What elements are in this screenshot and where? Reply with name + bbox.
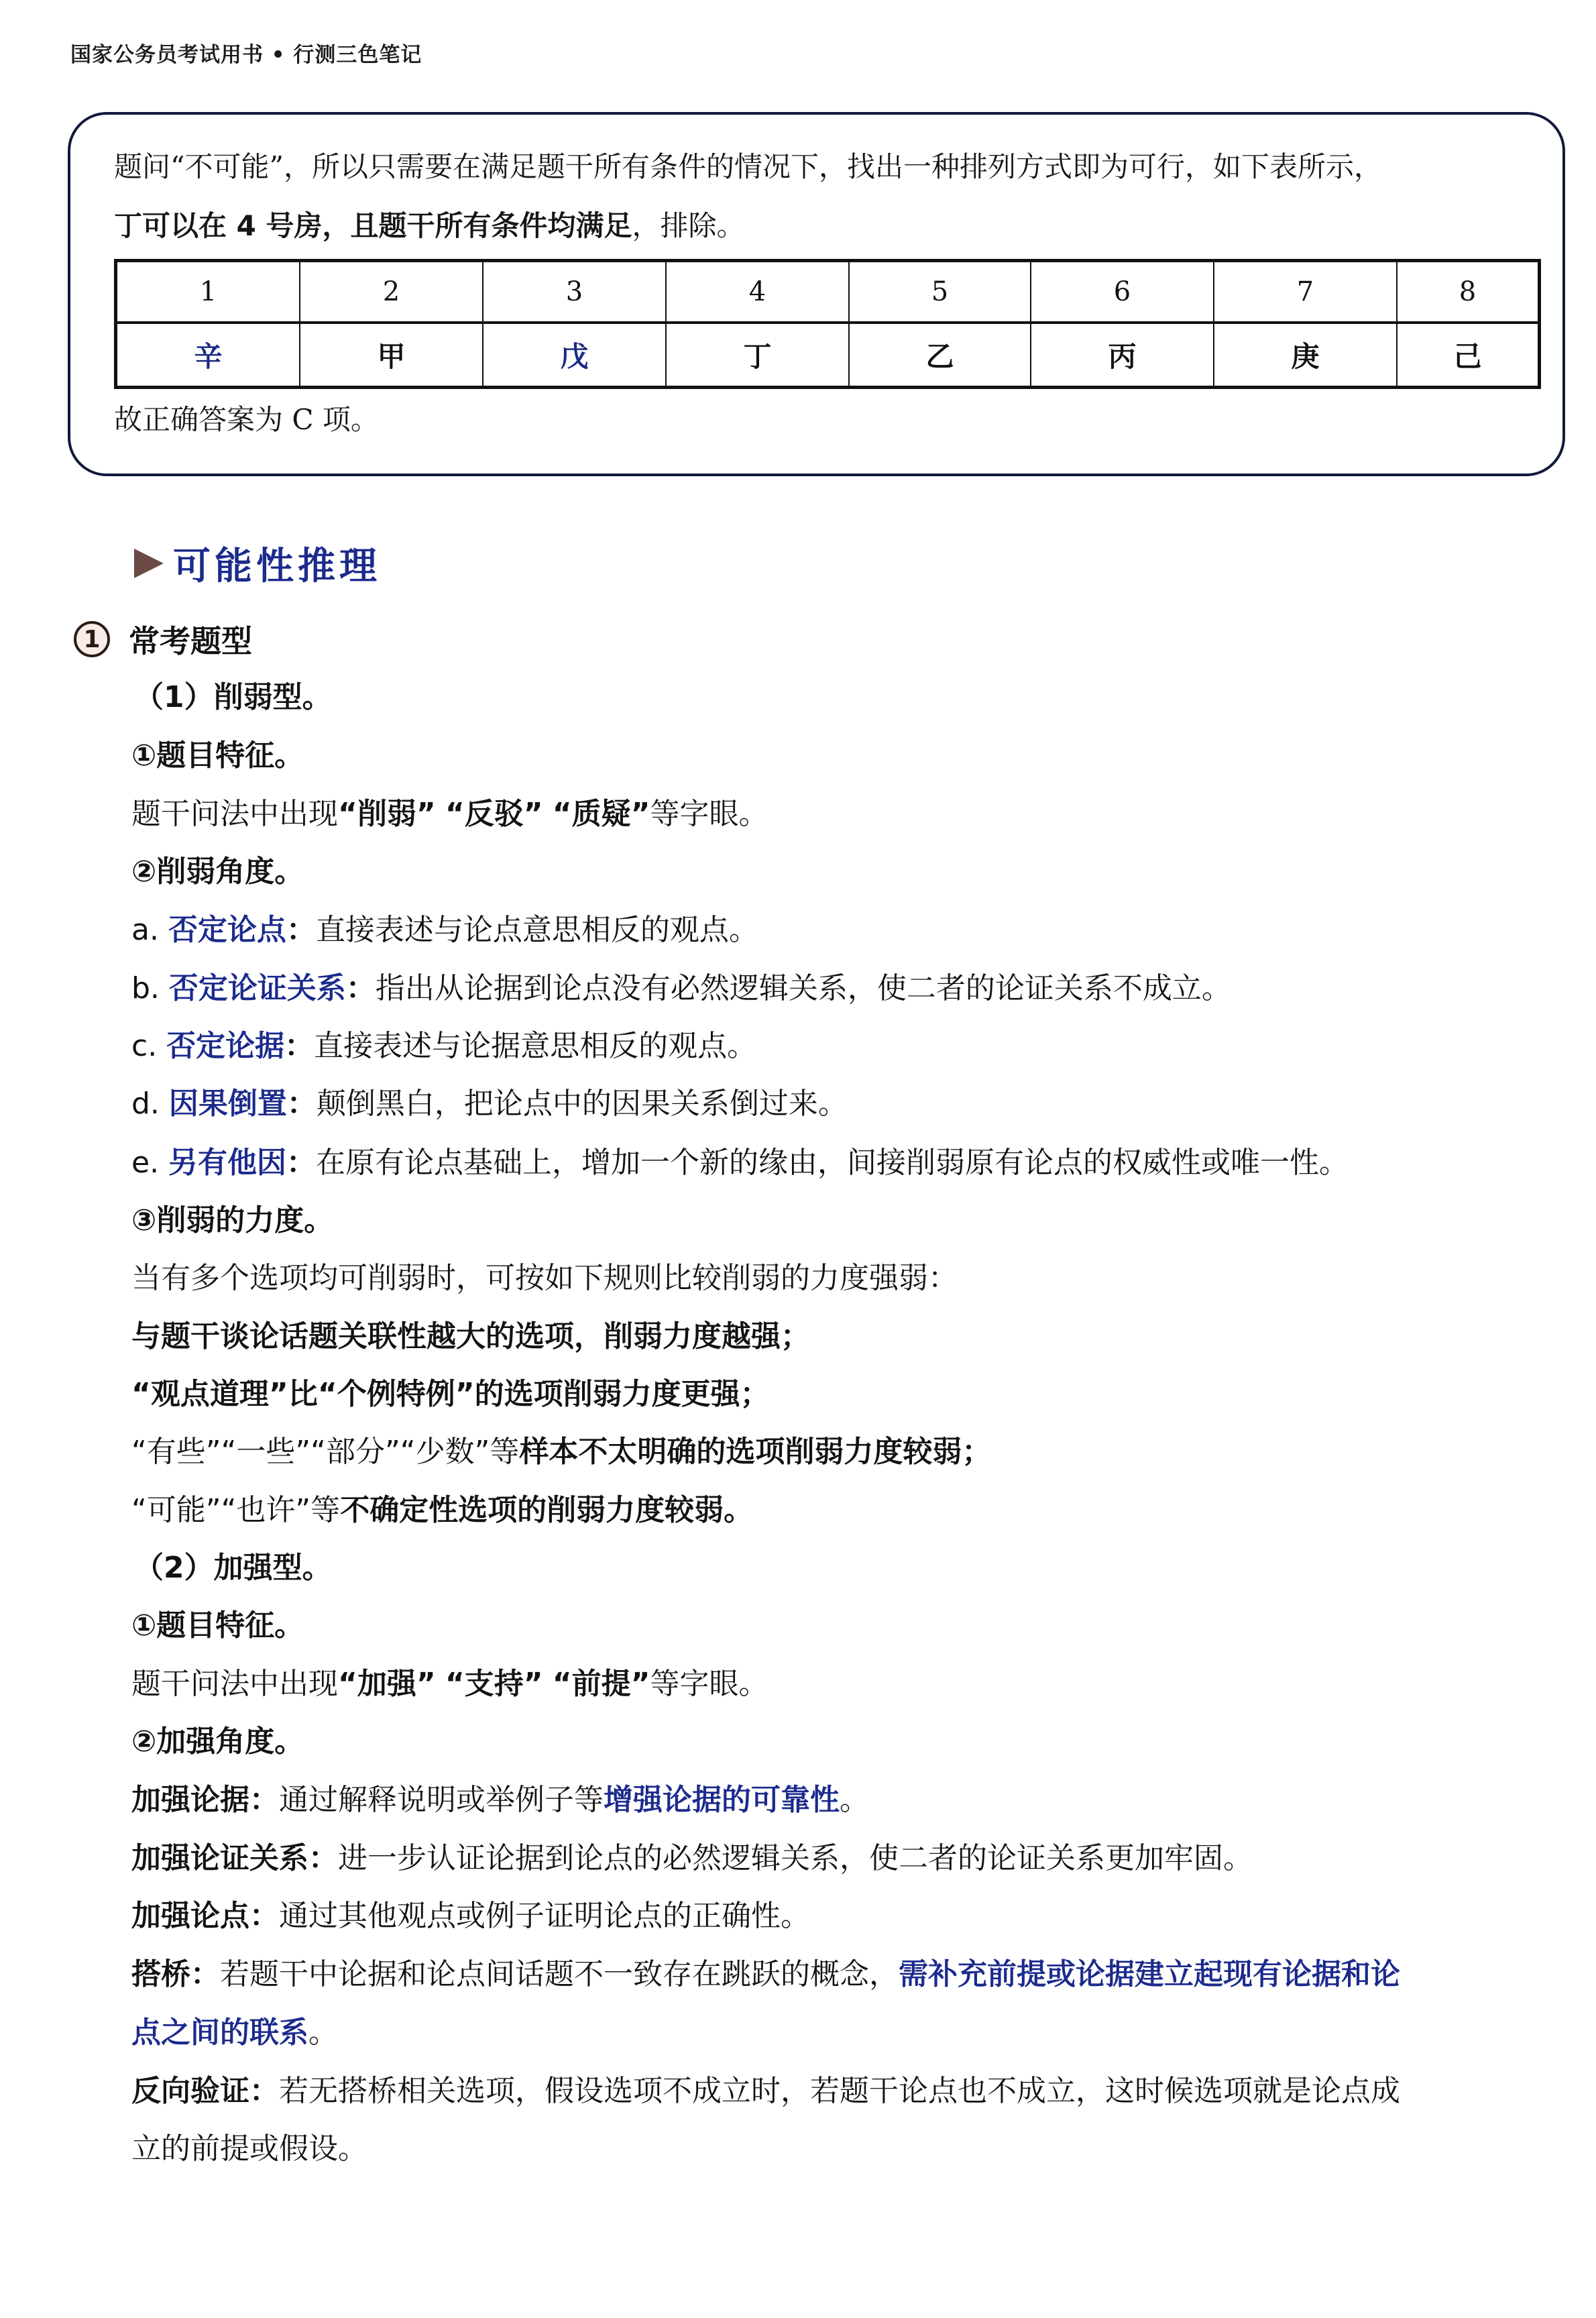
strengthen-item: 加强论据：通过解释说明或举例子等增强论据的可靠性。 [131,1780,869,1820]
weaken-heading: （1）削弱型。 [134,677,332,718]
item-desc: 通过其他观点或例子证明论点的正确性。 [279,1899,810,1933]
feature-text-pre: 题干问法中出现 [131,1667,338,1701]
rule-bold: 不确定性选项的削弱力度较弱。 [340,1493,753,1527]
feature-text-post: 等字眼。 [650,1667,768,1701]
strength-rule: “有些”“一些”“部分”“少数”等样本不太明确的选项削弱力度较弱； [131,1432,991,1472]
strength-rule: “观点道理”比“个例特例”的选项削弱力度更强； [131,1374,770,1415]
item-term: 搭桥： [131,1957,220,1991]
triangle-bullet-icon [134,549,164,578]
item-colon: ： [286,1146,316,1180]
strengthen-feature-text: 题干问法中出现“加强” “支持” “前提”等字眼。 [131,1664,768,1704]
item-term: 反向验证： [131,2074,279,2108]
item-prefix: d. [131,1087,169,1121]
position-cell: 2 [300,261,483,323]
rule-plain: “可能”“也许”等 [131,1493,340,1527]
item-term: 加强论证关系： [131,1841,338,1875]
occupant-cell: 庚 [1214,323,1397,388]
occupant-cell: 丁 [666,323,849,388]
item-colon: ： [286,913,316,947]
item-desc: 指出从论据到论点没有必然逻辑关系，使二者的论证关系不成立。 [376,971,1231,1005]
bridge-item-continued: 点之间的联系。 [131,2013,338,2053]
position-cell: 4 [666,261,849,323]
position-cell: 6 [1031,261,1214,323]
occupant-cell: 戊 [483,323,666,388]
weaken-angle-item: e. 另有他因：在原有论点基础上，增加一个新的缘由，间接削弱原有论点的权威性或唯… [131,1143,1349,1183]
occupant-cell: 甲 [300,323,483,388]
item-colon: ： [284,1029,314,1063]
keyword: “削弱” [338,797,436,831]
item-tail: 。 [308,2016,338,2050]
item-desc: 直接表述与论据意思相反的观点。 [314,1029,756,1063]
strengthen-feature-heading: ①题目特征。 [131,1606,304,1646]
reverse-check-item: 反向验证：若无搭桥相关选项，假设选项不成立时，若题干论点也不成立，这时候选项就是… [131,2071,1400,2111]
occupant-cell: 己 [1397,323,1540,388]
item-term: 因果倒置 [169,1087,287,1121]
item-term: 另有他因 [168,1146,286,1180]
strength-rule: 与题干谈论话题关联性越大的选项，削弱力度越强； [131,1317,810,1357]
strength-rule: “可能”“也许”等不确定性选项的削弱力度较弱。 [131,1490,753,1531]
item-term: 否定论点 [168,913,286,947]
strengthen-item: 加强论证关系：进一步认证论据到论点的必然逻辑关系，使二者的论证关系更加牢固。 [131,1838,1253,1879]
item-desc: 若无搭桥相关选项，假设选项不成立时，若题干论点也不成立，这时候选项就是论点成 [279,2074,1400,2108]
item-highlight: 需补充前提或论据建立起现有论据和论 [899,1957,1400,1991]
item-colon: ： [346,971,376,1005]
item-desc: 在原有论点基础上，增加一个新的缘由，间接削弱原有论点的权威性或唯一性。 [316,1146,1349,1180]
bridge-item: 搭桥：若题干中论据和论点间话题不一致存在跳跃的概念，需补充前提或论据建立起现有论… [131,1954,1400,1995]
item-desc: 若题干中论据和论点间话题不一致存在跳跃的概念， [220,1957,899,1991]
item-prefix: e. [131,1146,168,1180]
rule-bold: “观点道理”比“个例特例”的选项削弱力度更强； [131,1377,770,1411]
weaken-angle-item: b. 否定论证关系：指出从论据到论点没有必然逻辑关系，使二者的论证关系不成立。 [131,969,1231,1009]
position-cell: 3 [483,261,666,323]
explanation-tail: ，排除。 [632,209,744,242]
rule-bold: 与题干谈论话题关联性越大的选项，削弱力度越强； [131,1319,810,1354]
occupant-cell: 乙 [849,323,1031,388]
position-cell: 1 [116,261,300,323]
rule-plain: “有些”“一些”“部分”“少数”等 [131,1435,519,1469]
keyword: “质疑” [553,797,650,831]
weaken-strength-heading: ③削弱的力度。 [131,1201,333,1241]
position-cell: 8 [1397,261,1540,323]
weaken-feature-text: 题干问法中出现“削弱” “反驳” “质疑”等字眼。 [131,794,768,834]
subsection-title: 常考题型 [129,617,252,661]
item-prefix: c. [131,1029,166,1063]
item-desc: 颠倒黑白，把论点中的因果关系倒过来。 [317,1087,848,1121]
conclusion-line: 故正确答案为 C 项。 [114,400,379,440]
rule-bold: 样本不太明确的选项削弱力度较弱； [519,1435,991,1469]
weaken-angle-heading: ②削弱角度。 [131,852,304,892]
occupant-cell: 辛 [116,323,300,388]
item-highlight: 增强论据的可靠性 [604,1783,840,1817]
keyword: “支持” [445,1667,543,1701]
weaken-angle-item: d. 因果倒置：颠倒黑白，把论点中的因果关系倒过来。 [131,1084,848,1124]
strengthen-item: 加强论点：通过其他观点或例子证明论点的正确性。 [131,1896,810,1936]
item-prefix: b. [131,971,169,1005]
explanation-emphasis: 丁可以在 4 号房，且题干所有条件均满足 [114,209,632,242]
item-term: 否定论据 [166,1029,284,1063]
section-heading: 可能性推理 [134,540,381,587]
item-tail: 。 [840,1783,869,1817]
position-cell: 5 [849,261,1031,323]
table-row-positions: 1 2 3 4 5 6 7 8 [116,261,1540,323]
weaken-angle-item: c. 否定论据：直接表述与论据意思相反的观点。 [131,1026,756,1066]
occupant-cell: 丙 [1031,323,1214,388]
room-arrangement-table: 1 2 3 4 5 6 7 8 辛 甲 戊 丁 乙 丙 庚 己 [114,259,1541,389]
item-term: 加强论据： [131,1783,279,1817]
subsection-heading: 1 常考题型 [74,617,252,661]
item-term: 否定论证关系 [169,971,346,1005]
running-header: 国家公务员考试用书 • 行测三色笔记 [70,38,422,68]
item-highlight: 点之间的联系 [131,2016,308,2050]
item-term: 加强论点： [131,1899,279,1933]
item-prefix: a. [131,913,168,947]
keyword: “加强” [338,1667,436,1701]
explanation-line-1: 题问“不可能”，所以只需要在满足题干所有条件的情况下，找出一种排列方式即为可行，… [114,147,1382,187]
circled-number-icon: 1 [74,621,110,657]
weaken-strength-intro: 当有多个选项均可削弱时，可按如下规则比较削弱的力度强弱： [131,1258,958,1299]
keyword: “反驳” [445,797,543,831]
table-row-occupants: 辛 甲 戊 丁 乙 丙 庚 己 [116,323,1540,388]
item-desc: 进一步认证论据到论点的必然逻辑关系，使二者的论证关系更加牢固。 [338,1841,1253,1875]
feature-text-pre: 题干问法中出现 [131,797,338,831]
weaken-angle-item: a. 否定论点：直接表述与论点意思相反的观点。 [131,910,758,950]
item-desc: 通过解释说明或举例子等 [279,1783,604,1817]
feature-text-post: 等字眼。 [650,797,768,831]
reverse-check-continued: 立的前提或假设。 [131,2129,367,2169]
strengthen-angle-heading: ②加强角度。 [131,1722,304,1762]
item-desc: 直接表述与论点意思相反的观点。 [316,913,758,947]
section-title: 可能性推理 [173,537,381,590]
strengthen-heading: （2）加强型。 [134,1548,332,1588]
item-colon: ： [287,1087,317,1121]
keyword: “前提” [553,1667,650,1701]
weaken-feature-heading: ①题目特征。 [131,736,304,776]
explanation-line-2: 丁可以在 4 号房，且题干所有条件均满足，排除。 [114,206,745,246]
position-cell: 7 [1214,261,1397,323]
